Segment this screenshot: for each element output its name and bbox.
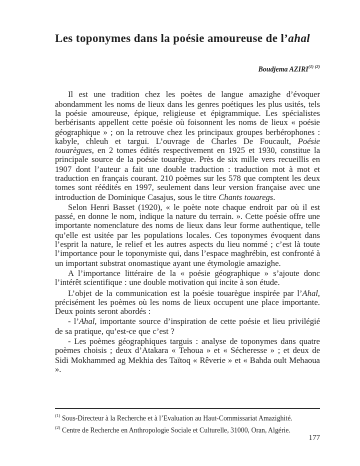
title-text: Les toponymes dans la poésie amoureuse d… bbox=[55, 33, 288, 45]
title-italic-term: ahal bbox=[288, 33, 310, 45]
paragraph: Selon Henri Basset (1920), « le poète no… bbox=[55, 203, 320, 268]
footnote-list: (1) Sous-Directeur à la Recherche et à l… bbox=[55, 412, 320, 436]
footnote-section: (1) Sous-Directeur à la Recherche et à l… bbox=[55, 408, 320, 436]
page-content: Les toponymes dans la poésie amoureuse d… bbox=[55, 33, 320, 375]
author-line: Boudjema AZIRI(1) (2) bbox=[55, 62, 320, 74]
footnote-marker: (1) bbox=[55, 413, 60, 418]
paragraph: L’objet de la communication est la poési… bbox=[55, 289, 320, 317]
footnote-marker: (2) bbox=[55, 425, 60, 430]
paragraph: A l’importance littéraire de la « poésie… bbox=[55, 269, 320, 288]
page-title: Les toponymes dans la poésie amoureuse d… bbox=[55, 33, 320, 46]
paragraph: - l’Ahal, importante source d’inspiratio… bbox=[55, 317, 320, 336]
author-footnote-markers: (1) (2) bbox=[308, 64, 320, 69]
paragraph: Il est une tradition chez les poètes de … bbox=[55, 90, 320, 202]
footnote: (2) Centre de Recherche en Anthropologie… bbox=[55, 424, 320, 436]
body-paragraphs: Il est une tradition chez les poètes de … bbox=[55, 90, 320, 374]
paragraph: - Les poèmes géographiques targuis : ana… bbox=[55, 337, 320, 374]
author-name: Boudjema AZIRI bbox=[258, 65, 308, 73]
document-page: Les toponymes dans la poésie amoureuse d… bbox=[0, 0, 360, 466]
footnote: (1) Sous-Directeur à la Recherche et à l… bbox=[55, 412, 320, 424]
page-number: 177 bbox=[309, 433, 320, 442]
